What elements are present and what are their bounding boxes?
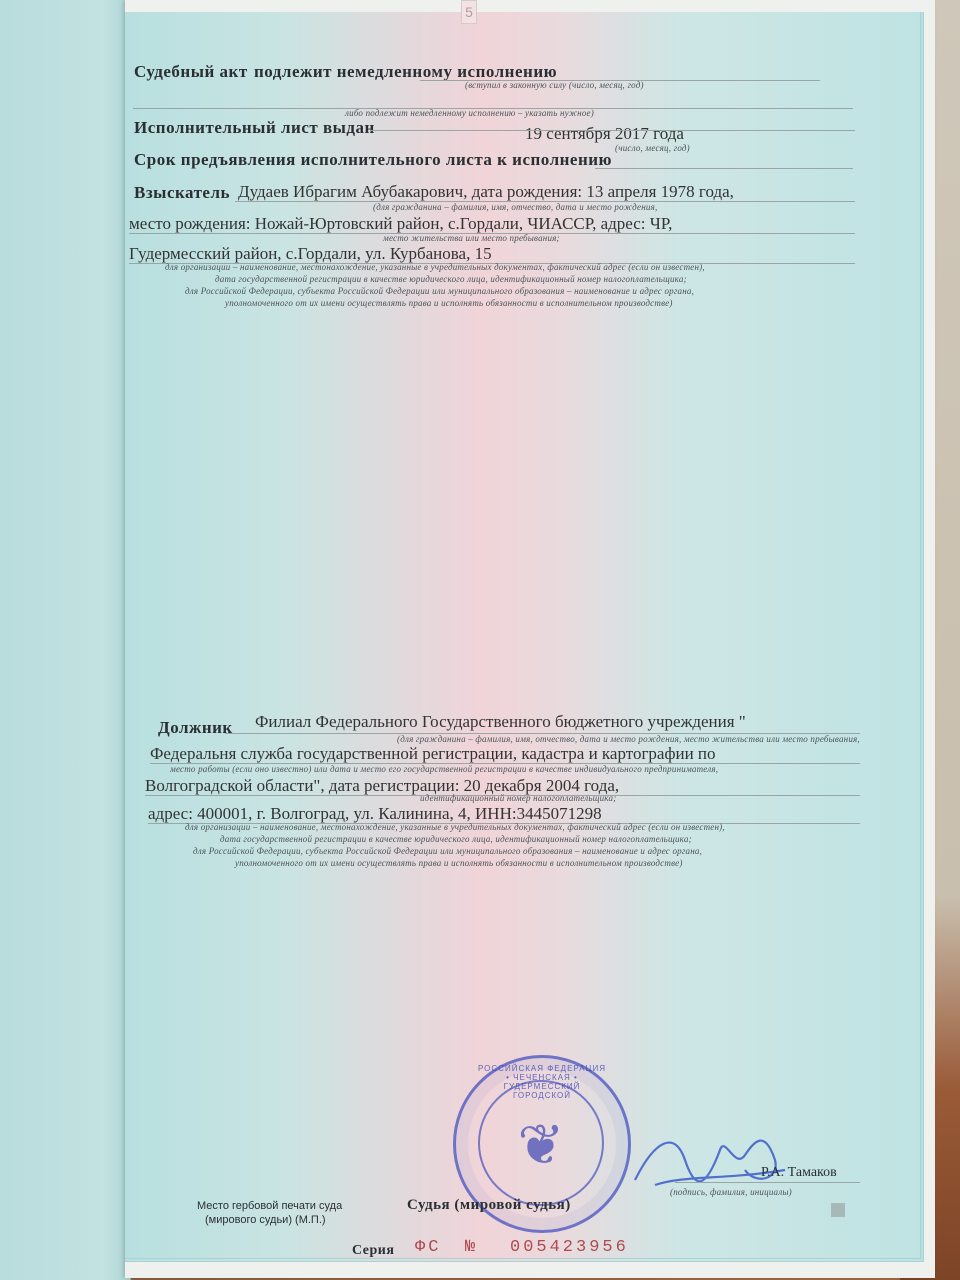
- double-headed-eagle-icon: ❦: [506, 1108, 576, 1184]
- debtor-label: Должник: [158, 718, 233, 738]
- enforcement-value: подлежит немедленному исполнению: [254, 62, 557, 82]
- enforcement-label: Судебный акт: [134, 62, 248, 82]
- issued-label: Исполнительный лист выдан: [134, 118, 375, 138]
- claimant-caption-4: дата государственной регистрации в качес…: [215, 274, 687, 284]
- underline: [370, 130, 855, 131]
- gray-marker: [831, 1203, 845, 1217]
- claimant-caption-5: для Российской Федерации, субъекта Росси…: [185, 286, 694, 296]
- page-number: 5: [461, 0, 477, 24]
- claimant-caption-2: место жительства или место пребывания;: [383, 233, 560, 243]
- claimant-label: Взыскатель: [134, 183, 230, 203]
- debtor-caption-6: для Российской Федерации, субъекта Росси…: [193, 846, 702, 856]
- debtor-caption-3: идентификационный номер налогоплательщик…: [420, 793, 616, 803]
- judge-label: Судья (мировой судья): [407, 1197, 571, 1214]
- claimant-line-2: место рождения: Ножай-Юртовский район, с…: [129, 214, 672, 234]
- debtor-caption-7: уполномоченного от их имени осуществлять…: [235, 858, 683, 868]
- signature-caption: (подпись, фамилия, инициалы): [670, 1187, 792, 1197]
- judge-name: Р.А. Тамаков: [761, 1165, 837, 1181]
- term-label: Срок предъявления исполнительного листа …: [134, 150, 612, 170]
- issued-date: 19 сентября 2017 года: [525, 124, 684, 144]
- serial-label: Серия: [352, 1243, 394, 1259]
- enforcement-caption-2: либо подлежит немедленному исполнению – …: [345, 108, 594, 118]
- debtor-line-1: Филиал Федерального Государственного бюд…: [255, 712, 746, 732]
- debtor-line-4: адрес: 400001, г. Волгоград, ул. Калинин…: [148, 804, 602, 824]
- writ-of-execution-page: 5 Судебный акт подлежит немедленному исп…: [125, 0, 935, 1278]
- seal-place-line-1: Место гербовой печати суда: [197, 1200, 342, 1212]
- claimant-line-1: Дудаев Ибрагим Абубакарович, дата рожден…: [238, 182, 734, 202]
- debtor-caption-2: место работы (если оно известно) или дат…: [170, 764, 718, 774]
- left-booklet-page: [0, 0, 131, 1280]
- serial-number-sign: №: [465, 1238, 478, 1257]
- claimant-caption-6: уполномоченного от их имени осуществлять…: [225, 298, 673, 308]
- underline: [595, 168, 853, 169]
- serial-number: 005423956: [510, 1238, 629, 1257]
- seal-place-line-2: (мирового судьи) (М.П.): [205, 1214, 326, 1226]
- debtor-caption-4: для организации – наименование, местонах…: [185, 822, 725, 832]
- underline: [675, 1182, 860, 1183]
- serial-series: ФС: [415, 1238, 441, 1257]
- debtor-caption-5: дата государственной регистрации в качес…: [220, 834, 692, 844]
- claimant-line-3: Гудермесский район, с.Гордали, ул. Курба…: [129, 244, 492, 264]
- claimant-caption-1: (для гражданина – фамилия, имя, отчество…: [373, 202, 657, 212]
- debtor-line-2: Федеральня служба государственной регист…: [150, 744, 716, 764]
- enforcement-caption: (вступил в законную силу (число, месяц, …: [465, 80, 644, 90]
- claimant-caption-3: для организации – наименование, местонах…: [165, 262, 705, 272]
- issued-caption: (число, месяц, год): [615, 143, 690, 153]
- debtor-caption-1: (для гражданина – фамилия, имя, отчество…: [397, 734, 860, 744]
